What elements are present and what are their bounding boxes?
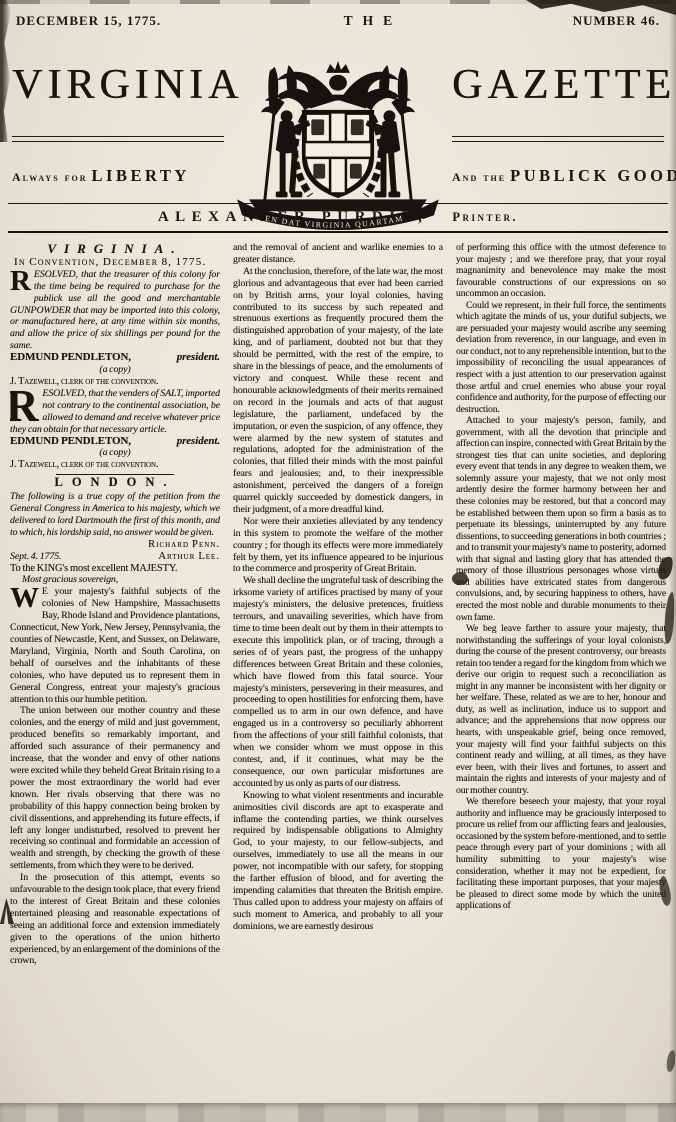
title-left-block: VIRGINIA Always for LIBERTY [12, 29, 224, 186]
drop-cap: R [10, 388, 42, 423]
title-right-block: GAZETTE. And the PUBLICK GOOD. [452, 29, 664, 186]
petition-paragraph: Nor were their anxieties alleviated by a… [233, 516, 443, 576]
copy-note: (a copy) [10, 447, 220, 459]
slogan-right-small: And the [452, 170, 506, 184]
masthead: DECEMBER 15, 1775. THE NUMBER 46. VIRGIN… [0, 0, 676, 233]
masthead-the: THE [344, 13, 403, 29]
column-1: VIRGINIA. In Convention, December 8, 177… [10, 242, 220, 967]
convention-dateline: In Convention, December 8, 1775. [10, 257, 220, 269]
signature-tazewell: J. Tazewell, clerk of the convention. [10, 459, 220, 471]
date-and-signature-line: Sept. 4. 1775.Arthur Lee. [10, 551, 220, 563]
signature-pendleton: EDMUND PENDLETON,president. [10, 352, 220, 364]
coat-of-arms-icon: EN DAT VIRGINIA QUARTAM [219, 59, 457, 235]
petition-paragraph: In the prosecution of this attempt, even… [10, 872, 220, 967]
petition-paragraph: The union between our mother country and… [10, 705, 220, 872]
petition-introduction: The following is a true copy of the peti… [10, 491, 220, 539]
article-columns: VIRGINIA. In Convention, December 8, 177… [0, 233, 676, 967]
petition-paragraph: of performing this office with the utmos… [456, 242, 666, 300]
ink-blot [666, 1050, 676, 1073]
section-heading-virginia: VIRGINIA. [10, 243, 220, 255]
drop-cap: W [10, 586, 42, 610]
petition-paragraph: At the conclusion, therefore, of the lat… [233, 266, 443, 516]
slogan-right-big: PUBLICK GOOD. [510, 166, 676, 185]
scan-bottom-band [0, 1103, 676, 1122]
dateline-row: DECEMBER 15, 1775. THE NUMBER 46. [0, 0, 676, 29]
crown-icon [326, 61, 350, 73]
signature-pendleton: EDMUND PENDLETON,president. [10, 436, 220, 448]
address-to-king: To the KING's most excellent MAJESTY. [10, 563, 220, 575]
slogan-right: And the PUBLICK GOOD. [452, 166, 664, 186]
copy-note: (a copy) [10, 364, 220, 376]
printer-title: Printer. [452, 210, 518, 224]
petition-paragraph: We shall decline the ungrateful task of … [233, 575, 443, 789]
coat-of-arms: EN DAT VIRGINIA QUARTAM [219, 59, 457, 235]
issue-date: DECEMBER 15, 1775. [16, 13, 161, 29]
petition-paragraph: Could we represent, in their full force,… [456, 300, 666, 415]
slogan-left-small: Always for [12, 170, 88, 184]
slogan-left: Always for LIBERTY [12, 166, 224, 186]
paper-title-left: VIRGINIA [12, 61, 224, 109]
petition-paragraph: We beg leave farther to assure your maje… [456, 623, 666, 796]
double-rule [452, 136, 664, 142]
salutation: Most gracious sovereign, [10, 574, 220, 586]
paper-title-right: GAZETTE. [452, 61, 664, 109]
petition-paragraph: and the removal of ancient and warlike e… [233, 242, 443, 266]
signature-penn: Richard Penn. [10, 539, 220, 551]
double-rule [12, 136, 224, 142]
resolution-salt: RESOLVED, that the venders of SALT, impo… [10, 388, 220, 436]
petition-date: Sept. 4. 1775. [10, 551, 61, 563]
petition-paragraph: We therefore beseech your majesty, that … [456, 796, 666, 911]
signature-tazewell: J. Tazewell, clerk of the convention. [10, 376, 220, 388]
column-3: of performing this office with the utmos… [456, 242, 666, 967]
slogan-left-big: LIBERTY [92, 166, 190, 185]
petition-paragraph: Attached to your majesty's person, famil… [456, 415, 666, 623]
section-heading-london: LONDON. [10, 477, 220, 489]
column-2: and the removal of ancient and warlike e… [233, 242, 443, 967]
resolution-gunpowder: RESOLVED, that the treasurer of this col… [10, 269, 220, 352]
title-row: VIRGINIA Always for LIBERTY [0, 29, 676, 201]
petition-paragraph: Knowing to what violent resentments and … [233, 790, 443, 933]
signature-lee: Arthur Lee. [158, 551, 220, 563]
petition-paragraph: WE your majesty's faithful subjects of t… [10, 586, 220, 705]
issue-number: NUMBER 46. [573, 13, 660, 29]
newspaper-page: DECEMBER 15, 1775. THE NUMBER 46. VIRGIN… [0, 0, 676, 1122]
drop-cap: R [10, 269, 34, 293]
